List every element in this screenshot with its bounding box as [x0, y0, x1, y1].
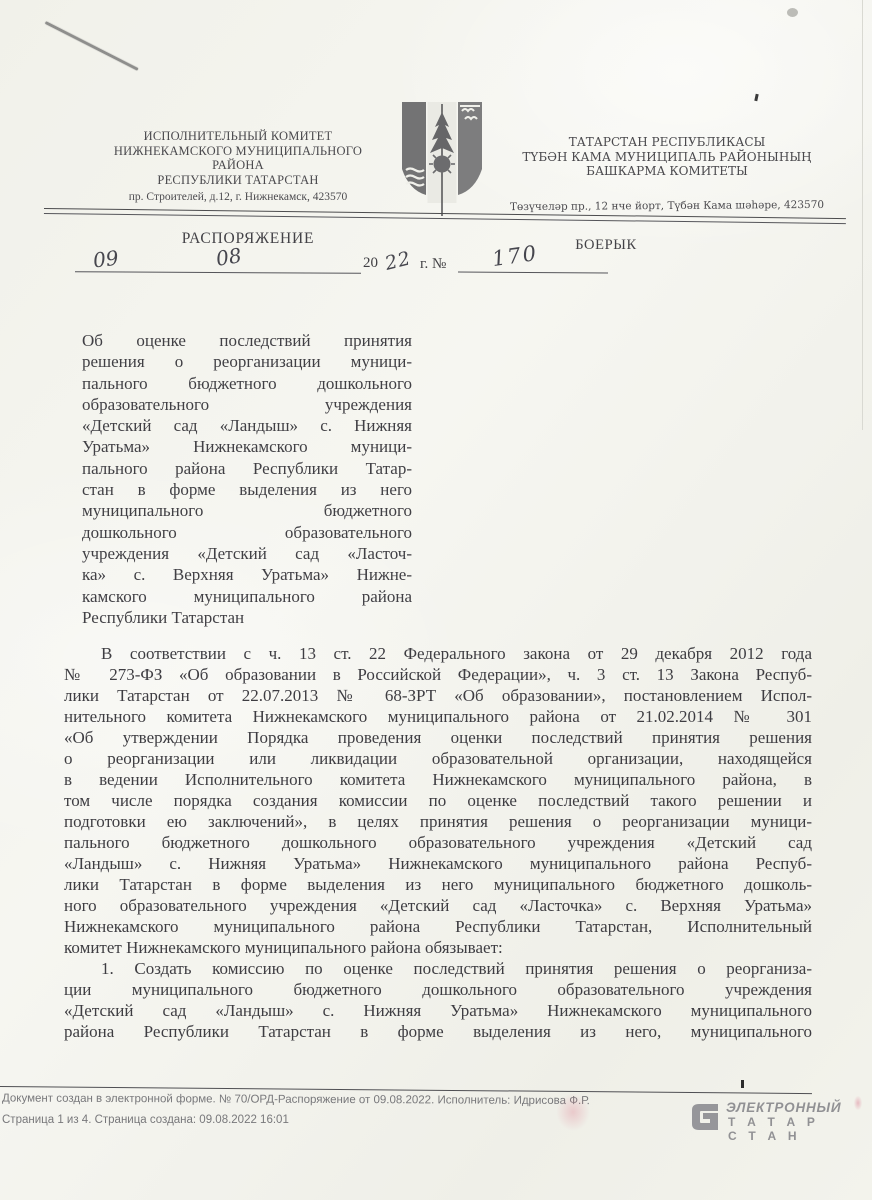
text-line: «Ландыш» с. Нижняя Уратьма» Нижнекамског… [64, 853, 812, 874]
scan-artifact-pink-dot [854, 1096, 862, 1110]
scan-artifact-tick [754, 94, 758, 101]
scanned-document-page: ИСПОЛНИТЕЛЬНЫЙ КОМИТЕТНИЖНЕКАМСКОГО МУНИ… [0, 0, 872, 1200]
text-line: камского муниципального района [82, 586, 412, 607]
number-underline [458, 271, 608, 273]
electronic-tatarstan-logo-icon [688, 1102, 722, 1137]
text-line: Республики Татарстан [82, 607, 412, 628]
text-line: пального бюджетного дошкольного образова… [64, 832, 812, 853]
text-line: пального бюджетного дошкольного [82, 373, 412, 394]
handwritten-month: 08 [214, 243, 243, 271]
text-line: комитет Нижнекамского муниципального рай… [64, 937, 812, 958]
text-line: В соответствии с ч. 13 ст. 22 Федерально… [64, 643, 812, 664]
text-line: стан в форме выделения из него [82, 479, 412, 500]
text-line: ТҮБӘН КАМА МУНИЦИПАЛЬ РАЙОНЫНЫҢ [492, 150, 842, 165]
document-type-russian: РАСПОРЯЖЕНИЕ [118, 230, 378, 248]
text-line: образовательного учреждения [82, 394, 412, 415]
date-underline [75, 271, 361, 273]
issuer-address-tatar: Төзүчеләр пр., 12 нче йорт, Түбән Кама ш… [492, 199, 842, 213]
text-line: Нижнекамского муниципального района Респ… [64, 916, 812, 937]
text-line: «Об утверждении Порядка проведения оценк… [64, 727, 812, 748]
printed-number-label: г. № [420, 256, 446, 273]
text-line: о реорганизации или ликвидации образоват… [64, 748, 812, 769]
text-line: БАШКАРМА КОМИТЕТЫ [492, 164, 842, 179]
electronic-tatarstan-text-bottom: Т А Т А Р С Т А Н [728, 1115, 838, 1143]
text-line: решения о реорганизации муници- [82, 351, 412, 372]
scan-artifact-pink-smudge [556, 1093, 590, 1131]
coat-of-arms-emblem-icon [396, 98, 488, 218]
text-line: учреждения «Детский сад «Ласточ- [82, 543, 412, 564]
handwritten-year-suffix: 22 [383, 247, 414, 275]
text-line: лики Татарстан в форме выделения из него… [64, 874, 812, 895]
text-line: района Республики Татарстан в форме выде… [64, 1021, 812, 1042]
text-line: 1. Создать комиссию по оценке последстви… [64, 958, 812, 979]
text-line: РЕСПУБЛИКИ ТАТАРСТАН [88, 173, 388, 188]
text-line: лики Татарстан от 22.07.2013 № 68-ЗРТ «О… [64, 685, 812, 706]
scan-artifact-footer-tick [741, 1080, 744, 1088]
text-line: НИЖНЕКАМСКОГО МУНИЦИПАЛЬНОГО РАЙОНА [88, 144, 388, 173]
text-line: пального района Республики Татар- [82, 458, 412, 479]
body-paragraph-item-1: 1. Создать комиссию по оценке последстви… [64, 958, 812, 1042]
document-type-tatar: БОЕРЫК [521, 237, 691, 254]
body-paragraph-preamble: В соответствии с ч. 13 ст. 22 Федерально… [64, 643, 812, 958]
text-line: ного образовательного учреждения «Детски… [64, 895, 812, 916]
handwritten-document-number: 170 [491, 241, 540, 271]
text-line: Уратьма» Нижнекамского муници- [82, 436, 412, 457]
text-line: нительного комитета Нижнекамского муници… [64, 706, 812, 727]
text-line: муниципального бюджетного [82, 500, 412, 521]
text-line: подготовки ею заключений», в целях приня… [64, 811, 812, 832]
text-line: ка» с. Верхняя Уратьма» Нижне- [82, 564, 412, 585]
text-line: том числе порядка создания комиссии по о… [64, 790, 812, 811]
text-line: «Детский сад «Ландыш» с. Нижняя [82, 415, 412, 436]
handwritten-day: 09 [92, 246, 120, 273]
scan-artifact-blob [787, 8, 798, 17]
text-line: ции муниципального бюджетного дошкольног… [64, 979, 812, 1000]
text-line: ИСПОЛНИТЕЛЬНЫЙ КОМИТЕТ [88, 129, 388, 144]
printed-year-prefix: 20 [363, 255, 378, 272]
document-title: Об оценке последствий принятиярешения о … [82, 330, 412, 628]
text-line: «Детский сад «Ландыш» с. Нижняя Уратьма»… [64, 1000, 812, 1021]
issuer-name-russian: ИСПОЛНИТЕЛЬНЫЙ КОМИТЕТНИЖНЕКАМСКОГО МУНИ… [88, 129, 388, 187]
text-line: в ведении Исполнительного комитета Нижне… [64, 769, 812, 790]
text-line: № 273-ФЗ «Об образовании в Российской Фе… [64, 664, 812, 685]
text-line: Об оценке последствий принятия [82, 330, 412, 351]
issuer-name-tatar: ТАТАРСТАН РЕСПУБЛИКАСЫТҮБӘН КАМА МУНИЦИП… [492, 135, 842, 179]
issuer-address-russian: пр. Строителей, д.12, г. Нижнекамск, 423… [90, 191, 386, 203]
scan-artifact-diagonal-mark [45, 21, 139, 71]
scan-artifact-edge-line [862, 0, 863, 430]
text-line: ТАТАРСТАН РЕСПУБЛИКАСЫ [492, 135, 842, 150]
electronic-tatarstan-text-top: ЭЛЕКТРОННЫЙ [726, 1100, 841, 1115]
text-line: дошкольного образовательного [82, 522, 412, 543]
